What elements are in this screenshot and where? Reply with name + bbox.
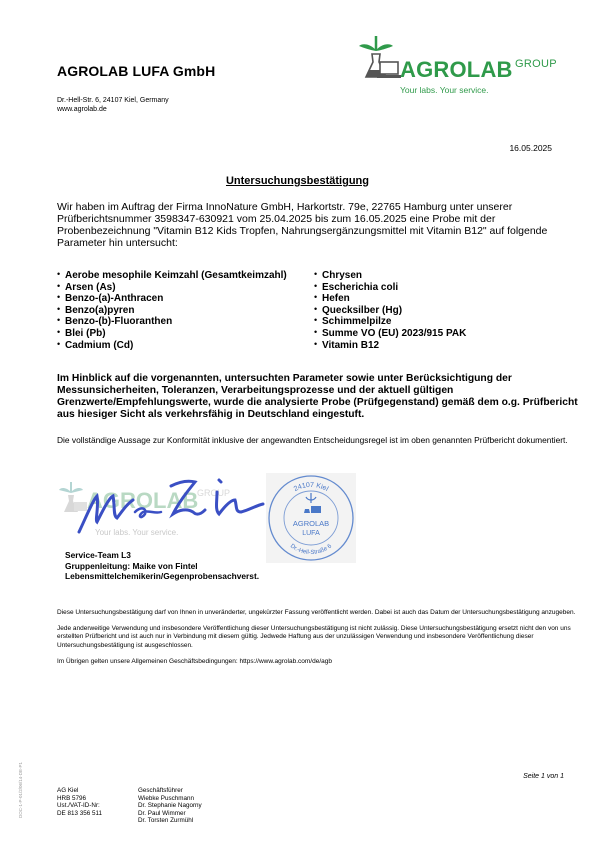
company-name: AGROLAB LUFA GmbH (57, 63, 215, 79)
website-link: www.agrolab.de (57, 106, 169, 115)
svg-text:AGROLAB: AGROLAB (293, 519, 329, 528)
legal-paragraph: Im Übrigen gelten unsere Allgemeinen Ges… (57, 658, 582, 666)
verdict-paragraph: Im Hinblick auf die vorgenannten, unters… (57, 373, 582, 421)
document-title: Untersuchungsbestätigung (0, 175, 595, 187)
legal-paragraph: Diese Untersuchungsbestätigung darf von … (57, 609, 582, 617)
management-line: Wiebke Puschmann (138, 795, 202, 803)
parameter-column-right: Chrysen Escherichia coli Hefen Quecksilb… (314, 270, 466, 351)
signatory-role: Lebensmittelchemikerin/Gegenprobensachve… (65, 571, 259, 582)
stamp-seal-icon: 24107 Kiel Dr.-Hell-Straße 6 AGROLAB LUF… (266, 473, 356, 563)
plant-flask-laptop-icon (358, 34, 402, 84)
document-date: 16.05.2025 (509, 143, 552, 153)
svg-text:24107 Kiel: 24107 Kiel (293, 482, 330, 493)
parameter-item: Benzo-(b)-Fluoranthen (57, 316, 287, 328)
management-line: Dr. Stephanie Nagorny (138, 802, 202, 810)
registry-info: AG Kiel HRB 5796 Ust./VAT-ID-Nr: DE 813 … (57, 787, 102, 817)
registry-line: HRB 5796 (57, 795, 102, 803)
logo-tagline: Your labs. Your service. (400, 85, 489, 95)
registry-line: AG Kiel (57, 787, 102, 795)
parameter-column-left: Aerobe mesophile Keimzahl (Gesamtkeimzah… (57, 270, 287, 351)
handwritten-signature (75, 470, 285, 540)
logo-wordmark: AGROLAB (400, 57, 513, 83)
legal-paragraph: Jede anderweitige Verwendung und insbeso… (57, 625, 582, 650)
registry-line: DE 813 356 511 (57, 810, 102, 818)
conformity-note: Die vollständige Aussage zur Konformität… (57, 435, 582, 445)
agrolab-logo: AGROLAB GROUP Your labs. Your service. (360, 32, 570, 102)
parameter-item: Arsen (As) (57, 282, 287, 294)
address-line: Dr.-Hell-Str. 6, 24107 Kiel, Germany (57, 97, 169, 106)
parameter-item: Vitamin B12 (314, 340, 466, 352)
parameter-item: Chrysen (314, 270, 466, 282)
parameter-item: Summe VO (EU) 2023/915 PAK (314, 328, 466, 340)
parameter-item: Benzo(a)pyren (57, 305, 287, 317)
intro-paragraph: Wir haben im Auftrag der Firma InnoNatur… (57, 201, 577, 249)
parameter-item: Aerobe mesophile Keimzahl (Gesamtkeimzah… (57, 270, 287, 282)
parameter-item: Schimmelpilze (314, 316, 466, 328)
parameter-item: Escherichia coli (314, 282, 466, 294)
logo-group-text: GROUP (515, 58, 557, 70)
signatory-info: Service-Team L3 Gruppenleitung: Maike vo… (65, 550, 259, 582)
management-line: Dr. Torsten Zurmühl (138, 817, 202, 825)
management-info: Geschäftsführer Wiebke Puschmann Dr. Ste… (138, 787, 202, 825)
management-line: Dr. Paul Wimmer (138, 810, 202, 818)
parameter-item: Cadmium (Cd) (57, 340, 287, 352)
signature-block: AGROLAB GROUP Your labs. Your service. (57, 470, 257, 550)
parameter-item: Hefen (314, 293, 466, 305)
parameter-item: Blei (Pb) (57, 328, 287, 340)
legal-notice: Diese Untersuchungsbestätigung darf von … (57, 609, 582, 674)
company-stamp: 24107 Kiel Dr.-Hell-Straße 6 AGROLAB LUF… (266, 473, 356, 563)
page-number: Seite 1 von 1 (523, 773, 564, 780)
group-lead: Gruppenleitung: Maike von Fintel (65, 561, 259, 572)
svg-text:LUFA: LUFA (302, 530, 320, 537)
parameter-item: Quecksilber (Hg) (314, 305, 466, 317)
parameter-item: Benzo-(a)-Anthracen (57, 293, 287, 305)
registry-line: Ust./VAT-ID-Nr: (57, 802, 102, 810)
document-code: DOC-1-P-01/2/06/14-DE-P1 (18, 762, 23, 818)
service-team: Service-Team L3 (65, 550, 259, 561)
company-address: Dr.-Hell-Str. 6, 24107 Kiel, Germany www… (57, 97, 169, 114)
management-line: Geschäftsführer (138, 787, 202, 795)
